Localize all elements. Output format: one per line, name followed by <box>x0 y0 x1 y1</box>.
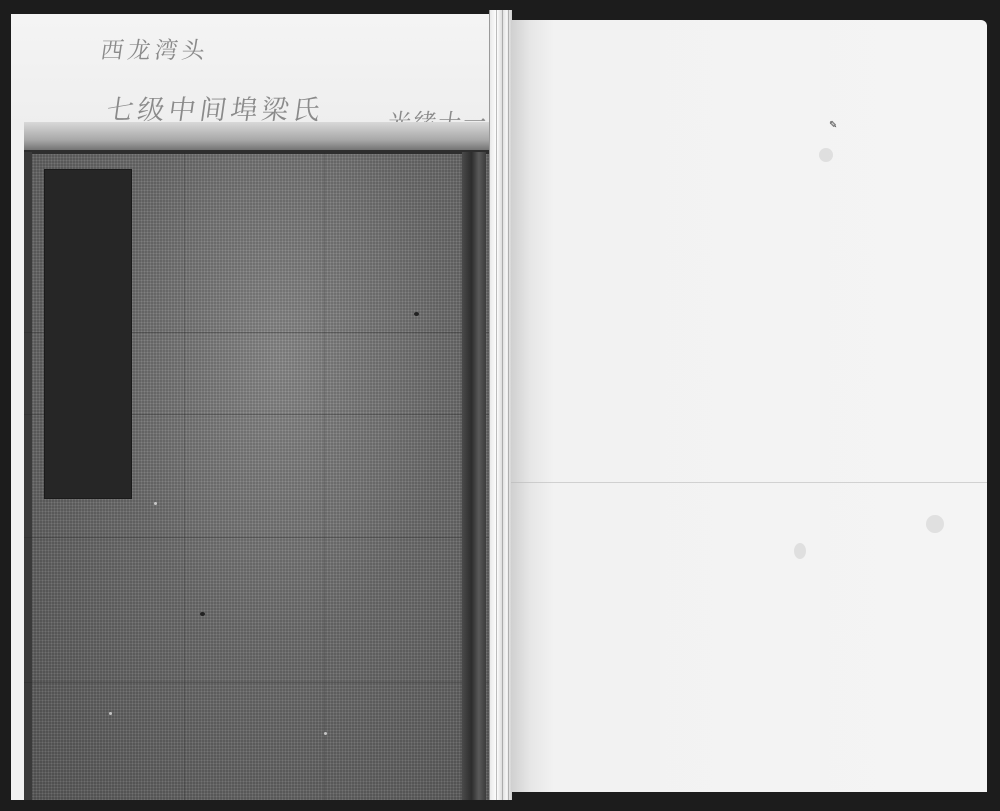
cover-hole <box>200 612 205 616</box>
right-page-blank: ✎ <box>511 20 987 792</box>
title-label <box>45 170 131 498</box>
cover-speck <box>154 502 157 505</box>
cover-texture-line <box>24 682 492 683</box>
left-page: 西龙湾头 七级中间埠梁氏 光绪十一年 <box>11 14 490 800</box>
cover-texture-line <box>24 537 492 538</box>
book-spine <box>489 10 512 800</box>
slip-line-place: 西龙湾头 <box>99 32 212 65</box>
cover-top-band <box>24 122 492 152</box>
cover-texture-line <box>184 152 185 800</box>
cover-speck <box>109 712 112 715</box>
cover-left-edge <box>24 152 32 800</box>
page-edge-line <box>502 10 503 800</box>
cover-hole <box>414 312 419 316</box>
cover-speck <box>324 732 327 735</box>
page-smudge <box>794 543 806 559</box>
cover-fold-edge <box>462 152 486 800</box>
cover-top-edge <box>24 150 492 154</box>
page-edge-line <box>496 10 497 800</box>
page-edge-line <box>508 10 509 800</box>
page-smudge <box>819 148 833 162</box>
cover-texture-line <box>324 152 325 800</box>
page-smudge <box>926 515 944 533</box>
ink-mark-icon: ✎ <box>829 120 837 131</box>
cloth-cover <box>24 122 492 800</box>
page-fold-crease <box>511 482 987 483</box>
handwritten-slip: 西龙湾头 七级中间埠梁氏 光绪十一年 <box>11 14 490 130</box>
scanned-book-spread: 西龙湾头 七级中间埠梁氏 光绪十一年 <box>0 0 1000 811</box>
